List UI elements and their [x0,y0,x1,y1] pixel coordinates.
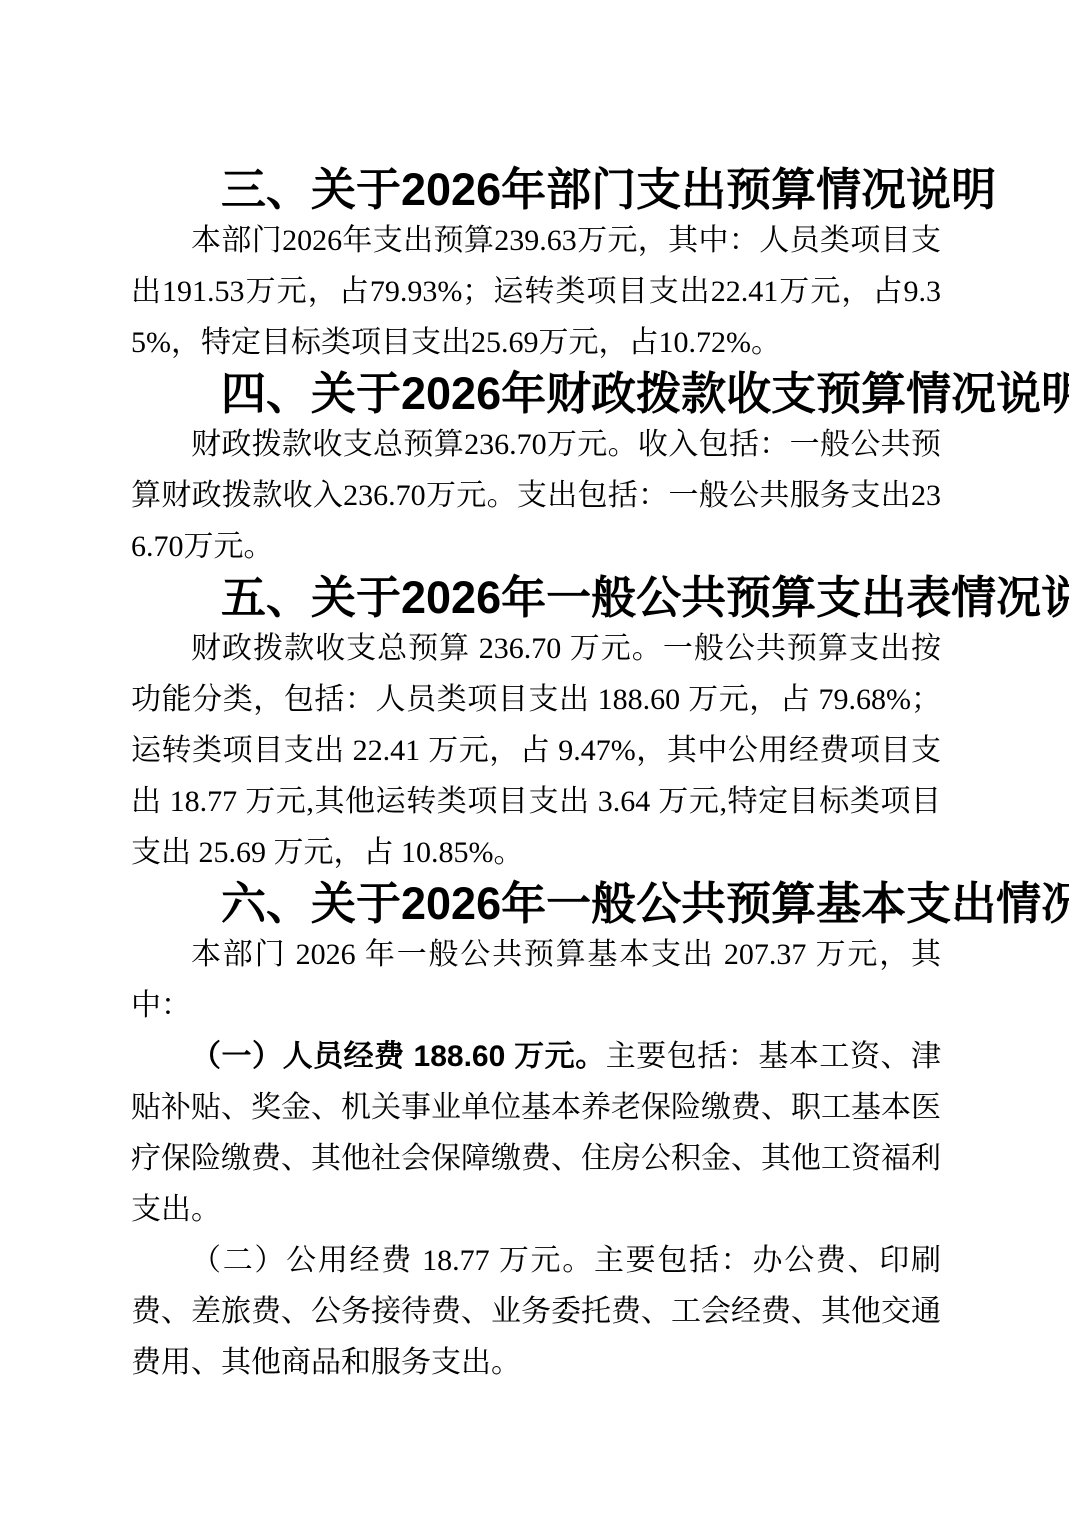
public-expense-paragraph: （二）公用经费 18.77 万元。主要包括：办公费、印刷费、差旅费、公务接待费、… [131,1235,941,1388]
section-4-heading: 四、关于2026年财政拨款收支预算情况说明 [131,368,941,419]
section-5-heading: 五、关于2026年一般公共预算支出表情况说明 [131,572,941,623]
section-3-paragraph: 本部门2026年支出预算239.63万元，其中：人员类项目支出191.53万元，… [131,215,941,368]
personnel-expense-paragraph: （一）人员经费 188.60 万元。主要包括：基本工资、津贴补贴、奖金、机关事业… [131,1031,941,1235]
section-3-heading: 三、关于2026年部门支出预算情况说明 [131,164,941,215]
budget-document-body: 三、关于2026年部门支出预算情况说明 本部门2026年支出预算239.63万元… [131,164,941,1388]
section-5-paragraph: 财政拨款收支总预算 236.70 万元。一般公共预算支出按功能分类，包括：人员类… [131,623,941,878]
document-page: 三、关于2026年部门支出预算情况说明 本部门2026年支出预算239.63万元… [0,0,1069,1514]
public-expense-lead: （二）公用经费 18.77 万元。 [191,1244,594,1277]
section-6-intro-paragraph: 本部门 2026 年一般公共预算基本支出 207.37 万元，其中： [131,929,941,1031]
personnel-expense-lead: （一）人员经费 188.60 万元。 [191,1040,606,1073]
section-6-heading: 六、关于2026年一般公共预算基本支出情况说明 [131,878,941,929]
section-4-paragraph: 财政拨款收支总预算236.70万元。收入包括：一般公共预算财政拨款收入236.7… [131,419,941,572]
